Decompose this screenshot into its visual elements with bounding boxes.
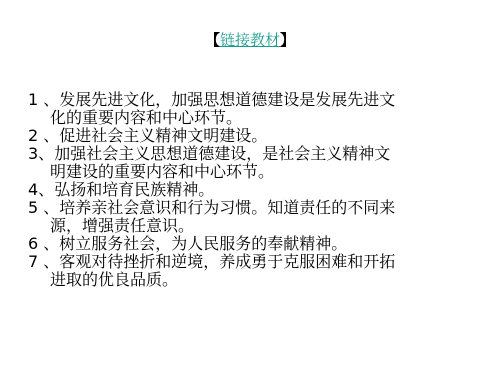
content-list: 1 、发展先进文化，加强思想道德建设是发展先进文化的重要内容和中心环节。 2 、… bbox=[28, 91, 478, 289]
textbook-link[interactable]: 链接教材 bbox=[220, 31, 280, 49]
section-title: 【链接教材】 bbox=[0, 30, 500, 50]
item-number: 1 、 bbox=[28, 90, 59, 109]
item-text-continued: 化的重要内容和中心环节。 bbox=[28, 109, 478, 127]
item-text: 树立服务社会，为人民服务的奉献精神。 bbox=[59, 234, 347, 253]
list-item: 6 、树立服务社会，为人民服务的奉献精神。 bbox=[28, 235, 478, 253]
list-item: 2 、促进社会主义精神文明建设。 bbox=[28, 127, 478, 145]
item-number: 5 、 bbox=[28, 198, 59, 217]
item-text: 促进社会主义精神文明建设。 bbox=[59, 126, 267, 145]
item-text-continued: 进取的优良品质。 bbox=[28, 271, 478, 289]
list-item: 3、加强社会主义思想道德建设，是社会主义精神文明建设的重要内容和中心环节。 bbox=[28, 145, 478, 181]
list-item: 5 、培养亲社会意识和行为习惯。知道责任的不同来源，增强责任意识。 bbox=[28, 199, 478, 235]
item-number: 3、 bbox=[28, 144, 54, 163]
list-item: 4、弘扬和培育民族精神。 bbox=[28, 181, 478, 199]
item-text-continued: 明建设的重要内容和中心环节。 bbox=[28, 163, 478, 181]
item-number: 2 、 bbox=[28, 126, 59, 145]
list-item: 1 、发展先进文化，加强思想道德建设是发展先进文化的重要内容和中心环节。 bbox=[28, 91, 478, 127]
item-text: 客观对待挫折和逆境，养成勇于克服困难和开拓 bbox=[59, 252, 395, 271]
item-number: 4、 bbox=[28, 180, 54, 199]
item-number: 6 、 bbox=[28, 234, 59, 253]
item-text: 发展先进文化，加强思想道德建设是发展先进文 bbox=[59, 90, 395, 109]
item-text: 弘扬和培育民族精神。 bbox=[54, 180, 214, 199]
item-text-continued: 源，增强责任意识。 bbox=[28, 217, 478, 235]
item-text: 培养亲社会意识和行为习惯。知道责任的不同来 bbox=[59, 198, 395, 217]
item-text: 加强社会主义思想道德建设，是社会主义精神文 bbox=[54, 144, 390, 163]
bracket-left: 【 bbox=[205, 31, 220, 49]
item-number: 7 、 bbox=[28, 252, 59, 271]
list-item: 7 、客观对待挫折和逆境，养成勇于克服困难和开拓进取的优良品质。 bbox=[28, 253, 478, 289]
bracket-right: 】 bbox=[280, 31, 295, 49]
